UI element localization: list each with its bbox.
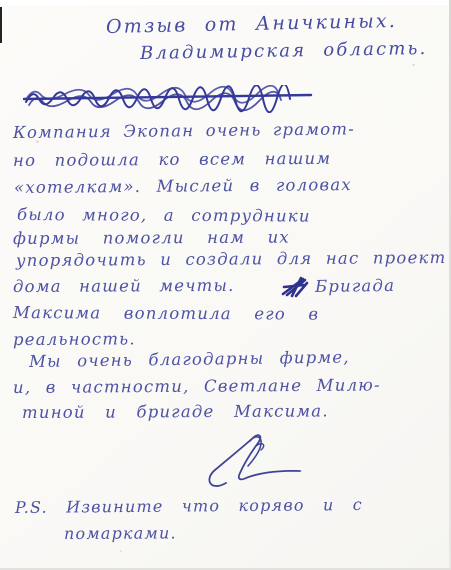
body-line: и, в частности, Светлане Милю- <box>13 376 381 397</box>
body-line: Максима воплотила его в <box>13 304 319 324</box>
body-line: тиной и бригаде Максима. <box>22 402 329 422</box>
postscript-line2: помарками. <box>64 524 177 542</box>
body-line: было много, а сотрудники <box>17 206 311 226</box>
body-line: Мы очень благодарны фирме, <box>29 349 350 372</box>
paper-speck <box>412 64 415 66</box>
scan-edge-top-strip <box>0 0 451 5</box>
body-line: упорядочить и создали для нас проект <box>16 249 447 270</box>
body-line: фирмы помогли нам их <box>13 229 290 249</box>
note-title-line1: Отзыв от Аничкиных. <box>106 11 397 38</box>
body-line: «хотелкам». Мыслей в головах <box>14 176 352 197</box>
scan-edge-left-line <box>0 7 2 43</box>
body-line-before-scribble: дома нашей мечты. <box>13 277 235 296</box>
paper-speck <box>120 550 122 552</box>
crossed-out-scribble <box>22 85 316 113</box>
body-line: Компания Экопан очень грамот- <box>13 120 355 142</box>
inline-blot-scribble <box>280 276 310 298</box>
body-line: реальность. <box>13 330 136 349</box>
signature <box>202 433 310 497</box>
postscript-line1: P.S. Извините что коряво и с <box>15 496 363 517</box>
body-line: но подошла ко всем нашим <box>13 150 331 170</box>
body-line-after-scribble: Бригада <box>315 277 395 296</box>
note-title-line2: Владимирская область. <box>140 39 428 64</box>
scanned-note: Отзыв от Аничкиных. Владимирская область… <box>0 0 451 570</box>
